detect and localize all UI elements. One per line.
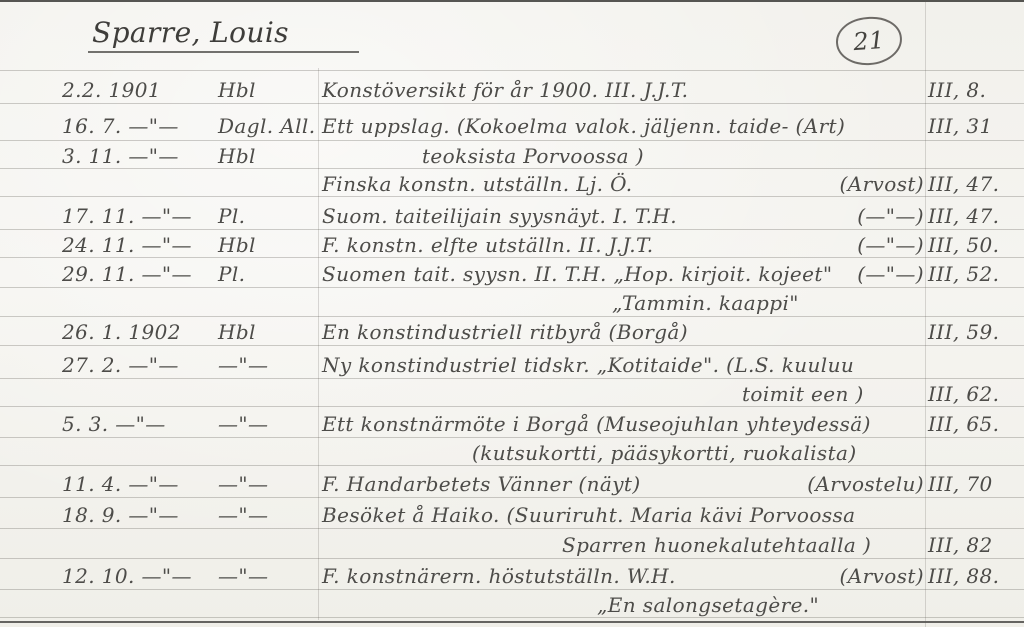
entry-text-cell: Suomen tait. syysn. II. T.H. „Hop. kirjo… — [322, 260, 924, 288]
entry-source: Pl. — [218, 202, 318, 230]
entry-line: Sparren huonekalutehtaalla ) III, 82 — [0, 531, 1024, 561]
entry-text: toimit een ) — [742, 380, 864, 408]
card-title: Sparre, Louis — [88, 16, 359, 53]
entry-text: Suomen tait. syysn. II. T.H. „Hop. kirjo… — [322, 260, 832, 288]
entry-line: 2.2. 1901 Hbl Konstöversikt för år 1900.… — [0, 76, 1024, 106]
entry-source: Hbl — [218, 231, 318, 259]
entry-text-cell: Ny konstindustriel tidskr. „Kotitaide". … — [322, 351, 924, 379]
scan-edge-bottom — [0, 621, 1024, 623]
entry-text: Ett uppslag. (Kokoelma valok. jäljenn. t… — [322, 112, 845, 140]
scanned-index-card: Sparre, Louis 21 2.2. 1901 Hbl Konstöver… — [0, 0, 1024, 627]
entry-line: 18. 9. —"— —"— Besöket å Haiko. (Suuriru… — [0, 501, 1024, 531]
entry-ref: III, 31 — [928, 112, 1020, 140]
entry-text-cell: Finska konstn. utställn. Lj. Ö.(Arvost) — [322, 170, 924, 198]
entry-text: Ny konstindustriel tidskr. „Kotitaide". … — [322, 351, 854, 379]
entry-source: Hbl — [218, 142, 318, 170]
entry-text: En konstindustriell ritbyrå (Borgå) — [322, 318, 688, 346]
entry-text-cell: Besöket å Haiko. (Suuriruht. Maria kävi … — [322, 501, 924, 529]
entry-note: (—"—) — [857, 202, 924, 230]
entry-text: F. Handarbetets Vänner (näyt) — [322, 470, 641, 498]
entry-ref: III, 62. — [928, 380, 1020, 408]
entry-source: Pl. — [218, 260, 318, 288]
entry-line: (kutsukortti, pääsykortti, ruokalista) — [0, 439, 1024, 469]
entry-ref: III, 47. — [928, 202, 1020, 230]
entry-line: 12. 10. —"— —"— F. konstnärern. höstutst… — [0, 562, 1024, 592]
entry-text: „Tammin. kaappi" — [612, 289, 799, 317]
entry-line: 17. 11. —"— Pl. Suom. taiteilijain syysn… — [0, 202, 1024, 232]
entry-ref: III, 65. — [928, 410, 1020, 438]
entry-text-cell: „Tammin. kaappi" — [322, 289, 1024, 317]
entry-line: 5. 3. —"— —"— Ett konstnärmöte i Borgå (… — [0, 410, 1024, 440]
entry-ref: III, 50. — [928, 231, 1020, 259]
entry-text-cell: toimit een ) — [322, 380, 1024, 408]
entry-text: teoksista Porvoossa ) — [422, 142, 644, 170]
entry-text-cell: (kutsukortti, pääsykortti, ruokalista) — [322, 439, 1024, 467]
entry-text-cell: „En salongsetagère." — [322, 591, 1024, 619]
rule-line — [0, 70, 1024, 71]
entry-line: 11. 4. —"— —"— F. Handarbetets Vänner (n… — [0, 470, 1024, 500]
entry-note: (Arvostelu) — [807, 470, 924, 498]
page-number-circle: 21 — [834, 15, 903, 67]
entry-text: Ett konstnärmöte i Borgå (Museojuhlan yh… — [322, 410, 871, 438]
entry-text: F. konstn. elfte utställn. II. J.J.T. — [322, 231, 654, 259]
entry-source: —"— — [218, 351, 318, 379]
entry-line: 16. 7. —"— Dagl. All. Ett uppslag. (Koko… — [0, 112, 1024, 142]
entry-ref: III, 47. — [928, 170, 1020, 198]
entry-ref: III, 52. — [928, 260, 1020, 288]
entry-note: (—"—) — [857, 231, 924, 259]
entry-text-cell: Sparren huonekalutehtaalla ) — [322, 531, 1024, 559]
entry-line: 29. 11. —"— Pl. Suomen tait. syysn. II. … — [0, 260, 1024, 290]
entry-note: (Arvost) — [840, 170, 924, 198]
entry-text-cell: Ett uppslag. (Kokoelma valok. jäljenn. t… — [322, 112, 924, 140]
entry-source: —"— — [218, 410, 318, 438]
entry-text: (kutsukortti, pääsykortti, ruokalista) — [472, 439, 857, 467]
entry-text-cell: Konstöversikt för år 1900. III. J.J.T. — [322, 76, 924, 104]
entry-ref: III, 8. — [928, 76, 1020, 104]
entry-source: Hbl — [218, 318, 318, 346]
entry-source: Dagl. All. — [218, 112, 318, 140]
entry-text: Finska konstn. utställn. Lj. Ö. — [322, 170, 632, 198]
entry-text-cell: F. Handarbetets Vänner (näyt)(Arvostelu) — [322, 470, 924, 498]
entry-ref: III, 82 — [928, 531, 1020, 559]
entry-line: toimit een ) III, 62. — [0, 380, 1024, 410]
entry-text: Konstöversikt för år 1900. III. J.J.T. — [322, 76, 688, 104]
entry-text-cell: En konstindustriell ritbyrå (Borgå) — [322, 318, 924, 346]
page-number: 21 — [852, 26, 885, 56]
entry-text: Sparren huonekalutehtaalla ) — [562, 531, 871, 559]
entry-line: „En salongsetagère." — [0, 591, 1024, 621]
entry-text-cell: F. konstnärern. höstutställn. W.H.(Arvos… — [322, 562, 924, 590]
entry-ref: III, 88. — [928, 562, 1020, 590]
entry-source: —"— — [218, 501, 318, 529]
scan-edge-top — [0, 0, 1024, 2]
entry-text: Besöket å Haiko. (Suuriruht. Maria kävi … — [322, 501, 855, 529]
entry-source: —"— — [218, 470, 318, 498]
entry-source: —"— — [218, 562, 318, 590]
entry-note: (—"—) — [857, 260, 924, 288]
entry-ref: III, 70 — [928, 470, 1020, 498]
entry-line: 27. 2. —"— —"— Ny konstindustriel tidskr… — [0, 351, 1024, 381]
entry-ref: III, 59. — [928, 318, 1020, 346]
entry-line: 26. 1. 1902 Hbl En konstindustriell ritb… — [0, 318, 1024, 348]
entry-text: F. konstnärern. höstutställn. W.H. — [322, 562, 676, 590]
entry-note: (Arvost) — [840, 562, 924, 590]
entry-text-cell: F. konstn. elfte utställn. II. J.J.T.(—"… — [322, 231, 924, 259]
entry-line: „Tammin. kaappi" — [0, 289, 1024, 319]
entry-text-cell: Ett konstnärmöte i Borgå (Museojuhlan yh… — [322, 410, 924, 438]
entry-line: Finska konstn. utställn. Lj. Ö.(Arvost) … — [0, 170, 1024, 200]
entry-text-cell: Suom. taiteilijain syysnäyt. I. T.H.(—"—… — [322, 202, 924, 230]
entry-text: „En salongsetagère." — [597, 591, 819, 619]
entry-text: Suom. taiteilijain syysnäyt. I. T.H. — [322, 202, 677, 230]
entry-line: 24. 11. —"— Hbl F. konstn. elfte utställ… — [0, 231, 1024, 261]
entry-source: Hbl — [218, 76, 318, 104]
entry-line: 3. 11. —"— Hbl teoksista Porvoossa ) — [0, 142, 1024, 172]
entry-text-cell: teoksista Porvoossa ) — [322, 142, 1024, 170]
